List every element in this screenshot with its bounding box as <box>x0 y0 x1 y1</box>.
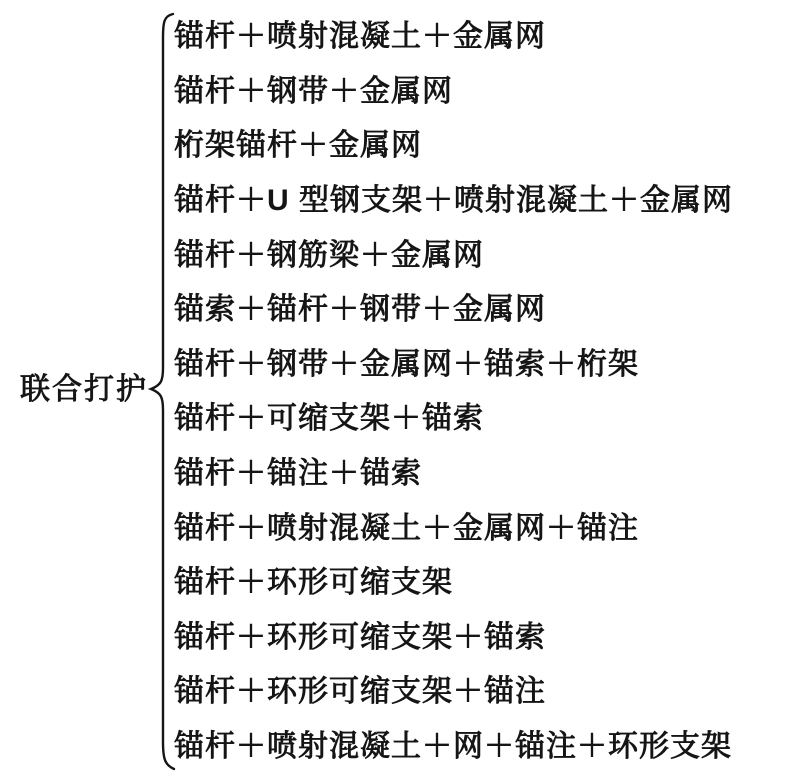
list-item: 锚杆＋环形可缩支架＋锚注 <box>174 661 792 716</box>
list-item: 锚杆＋钢筋梁＋金属网 <box>174 224 792 279</box>
list-item: 锚杆＋钢带＋金属网 <box>174 61 792 116</box>
list-item: 锚杆＋喷射混凝土＋金属网 <box>174 6 792 61</box>
item-list: 锚杆＋喷射混凝土＋金属网 锚杆＋钢带＋金属网 桁架锚杆＋金属网 锚杆＋U 型钢支… <box>174 6 792 770</box>
list-item: 锚杆＋U 型钢支架＋喷射混凝土＋金属网 <box>174 170 792 225</box>
list-item: 锚杆＋锚注＋锚索 <box>174 443 792 498</box>
diagram-page: 联合打护 锚杆＋喷射混凝土＋金属网 锚杆＋钢带＋金属网 桁架锚杆＋金属网 锚杆＋… <box>0 0 794 781</box>
list-item: 锚杆＋钢带＋金属网＋锚索＋桁架 <box>174 334 792 389</box>
list-item: 锚杆＋喷射混凝土＋网＋锚注＋环形支架 <box>174 716 792 771</box>
list-item: 桁架锚杆＋金属网 <box>174 115 792 170</box>
list-item: 锚索＋锚杆＋钢带＋金属网 <box>174 279 792 334</box>
list-item: 锚杆＋环形可缩支架 <box>174 552 792 607</box>
root-label: 联合打护 <box>20 364 148 408</box>
list-item: 锚杆＋可缩支架＋锚索 <box>174 388 792 443</box>
brace <box>148 12 176 772</box>
list-item: 锚杆＋环形可缩支架＋锚索 <box>174 607 792 662</box>
list-item: 锚杆＋喷射混凝土＋金属网＋锚注 <box>174 497 792 552</box>
